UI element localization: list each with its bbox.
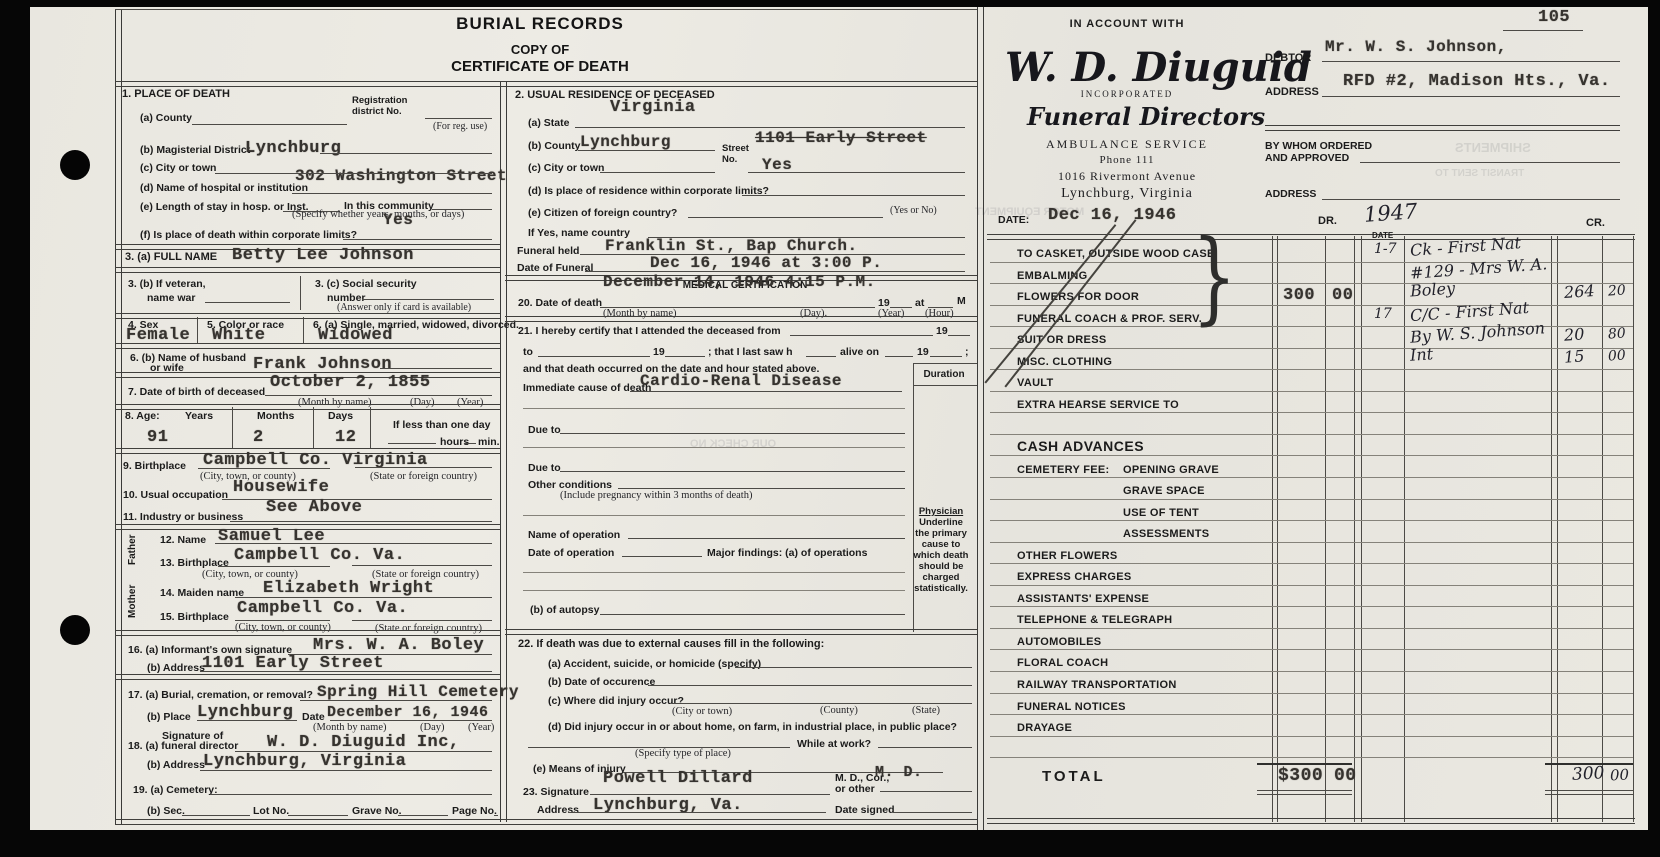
s23-date-signed-label: Date signed: [835, 804, 895, 816]
rule: [1257, 794, 1352, 795]
ledger-row-sublabel: GRAVE SPACE: [1123, 485, 1205, 497]
s16-address-label: (b) Address: [147, 662, 205, 674]
s10-occupation-label: 10. Usual occupation: [123, 489, 228, 501]
by-whom-label2: AND APPROVED: [1265, 152, 1349, 164]
s13-father-birthplace-value: Campbell Co. Va.: [234, 546, 405, 565]
s22-hint-state: (State): [912, 705, 940, 716]
s1-reg-label2: district No.: [352, 106, 402, 117]
ledger-row-line: [990, 628, 1633, 629]
s1-district-label: (b) Magisterial District: [140, 144, 250, 156]
s2-corporate-label: (d) Is place of residence within corpora…: [528, 185, 769, 197]
s10-occupation-value: Housewife: [233, 478, 329, 497]
s19-sec-label: (b) Sec.: [147, 805, 185, 817]
rule: [265, 395, 492, 396]
s1-city-label: (c) City or town: [140, 162, 216, 174]
rule: [362, 299, 494, 300]
ledger-row-label: CEMETERY FEE:: [1017, 464, 1110, 476]
ledger-row-line: [990, 455, 1633, 456]
ledger-row-line: [990, 693, 1633, 694]
s13-father-birthplace-label: 13. Birthplace: [160, 557, 229, 569]
rule: [505, 629, 977, 635]
rule: [1322, 96, 1620, 97]
ledger-row-line: [990, 369, 1633, 370]
bleedthrough-text: MOTOR EQUIPMENT: [975, 206, 1084, 218]
rule: [182, 815, 250, 816]
total-dr-cents: 00: [1334, 766, 1357, 786]
s2-state-value: Virginia: [610, 98, 696, 117]
firm-street-label: 1016 Rivermont Avenue: [1027, 169, 1227, 184]
ledger-row-label: DRAYAGE: [1017, 722, 1072, 734]
s1-heading: 1. PLACE OF DEATH: [122, 88, 230, 100]
ledger-row-label: MISC. CLOTHING: [1017, 356, 1112, 368]
s2-city-label: (c) City or town: [528, 162, 604, 174]
year-handwritten: 1947: [1363, 199, 1418, 227]
s18-address-label: (b) Address: [147, 759, 205, 771]
s8-years-value: 91: [147, 428, 168, 447]
rule: [300, 276, 301, 310]
ledger-cr-cents: 20: [1607, 282, 1626, 299]
s7-birthdate-label: 7. Date of birth of deceased: [128, 386, 265, 398]
s22-hint-county: (County): [820, 705, 858, 716]
bleedthrough-text: SHIPMENTS: [1455, 140, 1531, 155]
rule: [218, 566, 330, 567]
rule: [790, 335, 933, 336]
rule: [930, 356, 962, 357]
ledger-date-handwritten: 1-7: [1374, 241, 1397, 257]
rule: [665, 356, 705, 357]
s21-other-hint: (Include pregnancy within 3 months of de…: [560, 490, 752, 501]
s22-home-label: (d) Did injury occur in or about home, o…: [548, 721, 957, 733]
rule: [1551, 236, 1552, 822]
s8-hours-label: hours: [440, 436, 469, 448]
rule: [538, 356, 650, 357]
s22-accident-label: (a) Accident, suicide, or homicide (spec…: [548, 658, 761, 670]
rule: [1257, 790, 1352, 791]
rule: [115, 404, 500, 410]
certificate-column-divider: [500, 82, 507, 822]
rule: [1354, 236, 1355, 822]
ledger-cr-amount: 20: [1563, 325, 1585, 345]
s21-operation-date-label: Date of operation: [528, 547, 614, 559]
ledger-row-line: [990, 671, 1633, 672]
rule: [893, 812, 972, 813]
ledger-row-sublabel: USE OF TENT: [1123, 507, 1199, 519]
s8-days-value: 12: [335, 428, 356, 447]
scanned-burial-record: BURIAL RECORDS COPY OF CERTIFICATE OF DE…: [0, 0, 1660, 857]
s8-lessthan-label: If less than one day: [393, 419, 490, 431]
rule: [352, 620, 492, 621]
s3-ssn-hint: (Answer only if card is available): [337, 302, 471, 313]
ledger-cr-amount: 264: [1563, 281, 1595, 302]
s9-birthplace-label: 9. Birthplace: [123, 460, 186, 472]
rule: [600, 614, 905, 615]
s7-birthdate-value: October 2, 1855: [270, 373, 431, 392]
rule: [575, 127, 965, 128]
rule: [742, 195, 965, 196]
ledger-row-line: [990, 649, 1633, 650]
rule: [618, 488, 905, 489]
s1-corporate-label: (f) Is place of death within corporate l…: [140, 229, 357, 241]
bleedthrough-text: OUR CHECK NO: [690, 438, 776, 450]
ledger-row-label: AUTOMOBILES: [1017, 636, 1101, 648]
s21-19a: 19: [936, 325, 948, 337]
ledger-page-number: 105: [1538, 8, 1570, 27]
rule: [1633, 236, 1634, 822]
bleedthrough-text: TRANSIT SENT TO: [1435, 168, 1524, 179]
s15-mother-birthplace-label: 15. Birthplace: [160, 611, 229, 623]
rule: [205, 302, 290, 303]
ledger-row-label: OTHER FLOWERS: [1017, 550, 1117, 562]
rule: [1277, 236, 1278, 822]
rule: [630, 391, 902, 392]
physician-note-line: cause to: [906, 539, 976, 550]
date-column-label: DATE: [1372, 231, 1393, 240]
s11-industry-value: See Above: [266, 498, 362, 517]
ledger-row-label: EXPRESS CHARGES: [1017, 571, 1132, 583]
ledger-row-line: [990, 563, 1633, 564]
ledger-row-label: FUNERAL NOTICES: [1017, 701, 1126, 713]
s23-md-value: M. D.: [875, 764, 923, 781]
ledger-row-sublabel: ASSESSMENTS: [1123, 528, 1209, 540]
rule: [210, 794, 492, 795]
s12-father-name-label: 12. Name: [160, 534, 206, 546]
rule: [672, 703, 972, 704]
ledger-row-line: [990, 736, 1633, 737]
ledger-row-line: [990, 757, 1633, 758]
s19-lot-label: Lot No.: [253, 805, 289, 817]
s21-semicolon: ;: [965, 346, 969, 358]
rule: [380, 368, 492, 369]
ledger-row-label: VAULT: [1017, 377, 1054, 389]
s1-district-value: Lynchburg: [245, 139, 341, 158]
rule: [560, 433, 905, 434]
s2-foreign-hint: (Yes or No): [890, 205, 937, 216]
rule: [115, 81, 977, 87]
rule: [235, 597, 492, 598]
rule: [878, 747, 972, 748]
total-cr-cents-handwritten: 00: [1610, 766, 1630, 785]
rule: [313, 407, 314, 448]
certificate-left-border: [115, 9, 122, 824]
s22-where-label: (c) Where did injury occur?: [548, 695, 684, 707]
rule: [1322, 61, 1620, 62]
rule: [688, 217, 883, 218]
ledger-dr-cents: 00: [1332, 286, 1353, 305]
s1-reg-hint: (For reg. use): [433, 121, 487, 132]
s19-page-label: Page No.: [452, 805, 497, 817]
rule: [352, 565, 492, 566]
s23-md-label2: or other: [835, 783, 875, 795]
s22-hint-city: (City or town): [672, 706, 732, 717]
s21-operation-label: Name of operation: [528, 529, 620, 541]
rule: [115, 674, 500, 680]
s8-days-header: Days: [328, 410, 353, 422]
rule: [880, 791, 972, 792]
s23-signature-value: Powell Dillard: [603, 769, 753, 788]
s2-state-label: (a) State: [528, 117, 569, 129]
physician-note: PhysicianUnderlinethe primarycause towhi…: [906, 506, 976, 594]
s14-maiden-label: 14. Maiden name: [160, 587, 244, 599]
ledger-row-line: [990, 585, 1633, 586]
rule: [1545, 794, 1633, 795]
in-account-with-label: IN ACCOUNT WITH: [1027, 18, 1227, 30]
rule: [628, 538, 905, 539]
physician-note-line: should be: [906, 561, 976, 572]
ledger-date-handwritten: 17: [1374, 306, 1392, 322]
rule: [200, 770, 492, 771]
s1-county-label: (a) County: [140, 112, 192, 124]
debtor-address-value: RFD #2, Madison Hts., Va.: [1343, 72, 1611, 91]
rule: [987, 818, 1635, 824]
s2-corporate-value: Yes: [762, 156, 792, 174]
rule: [215, 173, 492, 174]
rule: [398, 815, 448, 816]
ledger-dr-amount: 300: [1283, 286, 1315, 305]
s3-fullname-value: Betty Lee Johnson: [232, 246, 414, 265]
rule: [197, 720, 297, 721]
ledger-row-line: [990, 714, 1633, 715]
certificate-subtitle2: CERTIFICATE OF DEATH: [390, 58, 690, 75]
s3-veteran-label: 3. (b) If veteran,: [128, 278, 206, 290]
rule: [230, 521, 492, 522]
rule: [806, 356, 836, 357]
s18-address-value: Lynchburg, Virginia: [203, 752, 406, 771]
physician-note-line: Underline: [906, 517, 976, 528]
rule: [370, 407, 371, 448]
incorporated-label: INCORPORATED: [1027, 89, 1227, 99]
rule: [198, 468, 330, 469]
physician-note-line: which death: [906, 550, 976, 561]
s19-grave-label: Grave No.: [352, 805, 402, 817]
s3-fullname-label: 3. (a) FULL NAME: [125, 251, 217, 263]
s21-to: to: [523, 346, 533, 358]
ledger-row-label: SUIT OR DRESS: [1017, 334, 1106, 346]
rule: [523, 572, 905, 573]
rule: [115, 267, 500, 273]
rule: [115, 9, 977, 10]
firm-name-script: W. D. Diuguid: [1005, 44, 1245, 91]
s17-burial-label: 17. (a) Burial, cremation, or removal?: [128, 689, 313, 701]
rule: [303, 317, 304, 344]
s20-at: at: [915, 297, 924, 309]
s21-certify-line: 21. I hereby certify that I attended the…: [518, 325, 781, 337]
s8-months-header: Months: [257, 410, 294, 422]
ledger-row-line: [990, 499, 1633, 500]
funeral-directors-script: Funeral Directors: [1027, 102, 1227, 131]
ledger-row-line: [990, 477, 1633, 478]
ledger-row-line: [990, 391, 1633, 392]
s14-maiden-value: Elizabeth Wright: [263, 579, 434, 598]
certificate-subtitle: COPY OF: [390, 42, 690, 57]
rule: [1272, 236, 1273, 822]
s8-months-value: 2: [253, 428, 264, 447]
s17-hint-year: (Year): [468, 722, 494, 733]
rule: [987, 234, 1635, 240]
rule: [1360, 162, 1620, 163]
phone-label: Phone 111: [1027, 154, 1227, 166]
ledger-row-line: [990, 348, 1633, 349]
debtor-label: DEBTOR: [1265, 52, 1311, 64]
s23-address-label: Address: [537, 804, 579, 816]
rule: [1545, 790, 1633, 791]
rule: [523, 590, 905, 591]
s8-years-header: Years: [185, 410, 213, 422]
charges-brace: }: [1192, 236, 1237, 318]
s17-hint-day: (Day): [420, 722, 445, 733]
debtor-value: Mr. W. S. Johnson,: [1325, 38, 1507, 56]
s1-community-value: Yes: [383, 211, 413, 229]
s22-occurrence-label: (b) Date of occurence: [548, 676, 655, 688]
s2-no-label: No.: [722, 154, 737, 165]
s3-war-label: name war: [147, 292, 195, 304]
rule: [523, 515, 905, 516]
ledger-row-label: TELEPHONE & TELEGRAPH: [1017, 614, 1172, 626]
s21-saw: ; that I last saw h: [708, 346, 793, 358]
rule: [590, 794, 830, 795]
ledger-row-line: [990, 542, 1633, 543]
s20-death-date-value: December 14, 1946 4:15 P.M.: [603, 273, 876, 291]
rule: [464, 443, 476, 444]
s16-informant-value: Mrs. W. A. Boley: [313, 636, 484, 655]
s1-hospital-value: 302 Washington Street: [295, 167, 507, 185]
ledger-row-line: [990, 520, 1633, 521]
s2-foreign-label: (e) Citizen of foreign country?: [528, 207, 677, 219]
punch-hole-bottom: [60, 615, 90, 645]
rule: [1503, 30, 1583, 31]
ledger-desc-handwritten: Boley: [1409, 279, 1455, 301]
total-cr-dollars-handwritten: 300: [1571, 763, 1604, 785]
s9-hint-state: (State or foreign country): [370, 471, 477, 482]
rule: [1257, 763, 1352, 765]
ledger-row-label: RAILWAY TRANSPORTATION: [1017, 679, 1177, 691]
rule: [425, 118, 492, 119]
rule: [568, 812, 826, 813]
ordered-address-label: ADDRESS: [1265, 188, 1316, 200]
s6b-husband-label: 6. (b) Name of husband: [130, 352, 246, 364]
rule: [288, 815, 348, 816]
s21-autopsy-label: (b) of autopsy: [530, 604, 599, 616]
s22-heading: 22. If death was due to external causes …: [518, 638, 824, 650]
s18-director-value: W. D. Diuguid Inc,: [267, 733, 460, 752]
cr-column-label: CR.: [1586, 217, 1605, 229]
physician-note-line: Physician: [906, 506, 976, 517]
rule: [197, 317, 198, 344]
rule: [585, 271, 965, 272]
rule: [115, 343, 500, 349]
s21-alive: alive on: [840, 346, 879, 358]
father-section-label: Father: [127, 531, 138, 565]
ledger-row-line: [990, 434, 1633, 435]
s1-hospital-label: (d) Name of hospital or institution: [140, 182, 308, 194]
ledger-row-label: FUNERAL COACH & PROF. SERV.: [1017, 313, 1202, 325]
rule: [1265, 125, 1620, 131]
rule: [388, 443, 436, 444]
s2-county-value: Lynchburg: [580, 133, 671, 151]
rule: [913, 385, 977, 386]
s2-funeral-held-value: Franklin St., Bap Church.: [605, 237, 858, 255]
ledger-row-label: CASH ADVANCES: [1017, 438, 1144, 454]
rule: [494, 815, 498, 816]
rule: [1557, 236, 1558, 822]
rule: [355, 467, 492, 468]
rule: [523, 408, 905, 409]
physician-note-line: statistically.: [906, 583, 976, 594]
rule: [115, 819, 977, 825]
s1-reg-label: Registration: [352, 95, 407, 106]
rule: [200, 671, 492, 672]
s17-hint-month: (Month by name): [313, 722, 387, 733]
rule: [622, 556, 702, 557]
s21-major-findings-label: Major findings: (a) of operations: [707, 547, 867, 559]
mother-section-label: Mother: [127, 582, 138, 618]
rule: [600, 172, 715, 173]
total-dr-dollars: $300: [1278, 766, 1323, 786]
s22-place-hint: (Specify type of place): [635, 748, 731, 759]
s19-cemetery-label: 19. (a) Cemetery:: [133, 784, 218, 796]
ledger-row-label: TO CASKET, OUTSIDE WOOD CASE: [1017, 248, 1215, 260]
s21-cause-value: Cardio-Renal Disease: [640, 372, 842, 390]
s2-street-value: 1101 Early Street: [755, 129, 927, 147]
s2-street-label: Street: [722, 143, 749, 154]
ledger-row-sublabel: OPENING GRAVE: [1123, 464, 1219, 476]
ledger-desc-handwritten: Int: [1409, 344, 1433, 365]
s23-signature-label: 23. Signature: [523, 786, 589, 798]
physician-note-line: charged: [906, 572, 976, 583]
ledger-row-line: [990, 606, 1633, 607]
s2-funeral-held-label: Funeral held: [517, 245, 579, 257]
rule: [343, 239, 492, 240]
s21-cause-label: Immediate cause of death: [523, 382, 651, 394]
debtor-address-label: ADDRESS: [1265, 86, 1319, 98]
s3-ssn-label: 3. (c) Social security: [315, 278, 417, 290]
total-label: TOTAL: [1042, 768, 1106, 785]
rule: [1325, 236, 1326, 822]
rule: [505, 316, 977, 322]
rule: [1602, 236, 1603, 822]
rule: [560, 471, 905, 472]
rule: [885, 356, 913, 357]
ledger-row-line: [990, 412, 1633, 413]
ledger-row-label: FLORAL COACH: [1017, 657, 1108, 669]
s21-19b: 19: [653, 346, 665, 358]
s2-funeral-date-value: Dec 16, 1946 at 3:00 P.: [650, 254, 882, 272]
s1-stay-hint: (Specify whether years, months, or days): [292, 209, 464, 220]
rule: [578, 150, 715, 151]
firm-city-label: Lynchburg, Virginia: [1027, 186, 1227, 202]
rule: [232, 407, 233, 448]
rule: [235, 620, 330, 621]
s17-date-value: December 16, 1946: [327, 704, 489, 721]
rule: [330, 720, 492, 721]
ledger-cr-cents: 00: [1607, 347, 1626, 364]
dr-column-label: DR.: [1318, 215, 1337, 227]
s21-due1-label: Due to: [528, 424, 561, 436]
physician-note-line: the primary: [906, 528, 976, 539]
rule: [192, 124, 347, 125]
certificate-title: BURIAL RECORDS: [390, 14, 690, 34]
rule: [1404, 236, 1405, 822]
s2-funeral-date-label: Date of Funeral: [517, 262, 593, 274]
s11-industry-label: 11. Industry or business: [123, 511, 243, 523]
duration-label: Duration: [913, 369, 975, 380]
ambulance-service-label: AMBULANCE SERVICE: [1027, 137, 1227, 152]
by-whom-label1: BY WHOM ORDERED: [1265, 140, 1372, 152]
ledger-cr-amount: 15: [1563, 346, 1585, 366]
ledger-row-label: ASSISTANTS' EXPENSE: [1017, 593, 1149, 605]
s21-19c: 19: [917, 346, 929, 358]
rule: [648, 685, 972, 686]
rule: [948, 335, 970, 336]
